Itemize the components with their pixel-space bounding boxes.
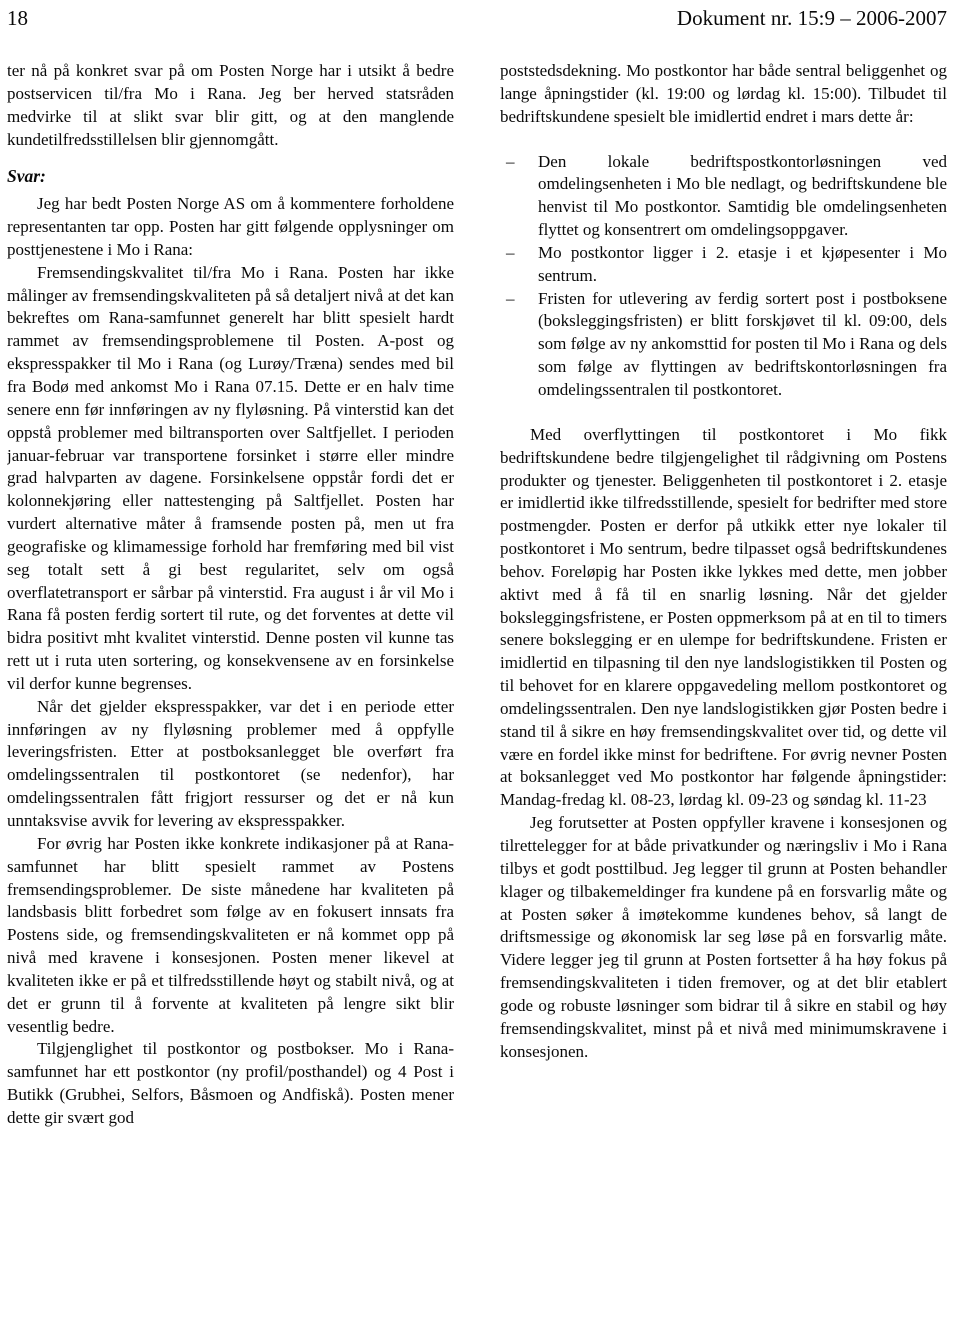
paragraph: Når det gjelder ekspresspakker, var det … (7, 696, 454, 833)
paragraph: ter nå på konkret svar på om Posten Norg… (7, 60, 454, 151)
answer-heading: Svar: (7, 165, 454, 188)
dash-bullet-marker: – (500, 151, 538, 242)
paragraph: poststedsdekning. Mo postkontor har både… (500, 60, 947, 129)
list-item-text: Den lokale bedriftspostkontorløsningen v… (538, 151, 947, 242)
right-column: poststedsdekning. Mo postkontor har både… (500, 60, 947, 1326)
paragraph: Med overflyttingen til postkontoret i Mo… (500, 424, 947, 812)
list-item: – Fristen for utlevering av ferdig sorte… (500, 288, 947, 402)
list-item: – Mo postkontor ligger i 2. etasje i et … (500, 242, 947, 288)
paragraph: Tilgjenglighet til postkontor og postbok… (7, 1038, 454, 1129)
paragraph: For øvrig har Posten ikke konkrete indik… (7, 833, 454, 1039)
two-column-body: ter nå på konkret svar på om Posten Norg… (7, 60, 947, 1326)
page-number: 18 (7, 6, 28, 30)
document-title: Dokument nr. 15:9 – 2006-2007 (677, 6, 947, 30)
dash-bullet-list: – Den lokale bedriftspostkontorløsningen… (500, 151, 947, 402)
dash-bullet-marker: – (500, 242, 538, 288)
paragraph: Fremsendingskvalitet til/fra Mo i Rana. … (7, 262, 454, 696)
list-item: – Den lokale bedriftspostkontorløsningen… (500, 151, 947, 242)
dash-bullet-marker: – (500, 288, 538, 402)
document-page: 18 Dokument nr. 15:9 – 2006-2007 ter nå … (0, 0, 960, 1336)
page-header: 18 Dokument nr. 15:9 – 2006-2007 (7, 6, 947, 30)
list-item-text: Mo postkontor ligger i 2. etasje i et kj… (538, 242, 947, 288)
list-item-text: Fristen for utlevering av ferdig sortert… (538, 288, 947, 402)
left-column: ter nå på konkret svar på om Posten Norg… (7, 60, 454, 1326)
paragraph: Jeg forutsetter at Posten oppfyller krav… (500, 812, 947, 1063)
paragraph: Jeg har bedt Posten Norge AS om å kommen… (7, 193, 454, 262)
